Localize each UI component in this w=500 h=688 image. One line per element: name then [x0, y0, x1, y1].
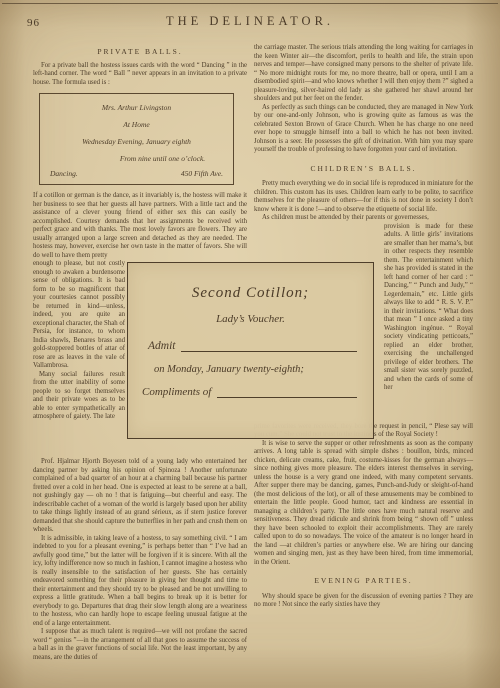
paragraph: the carriage master. The serious trials …: [254, 44, 473, 104]
voucher-compliments-label: Compliments of: [142, 386, 211, 398]
paragraph: As children must be attended by their pa…: [254, 214, 473, 223]
invitation-card: Mrs. Arthur Livingston At Home Wednesday…: [39, 93, 234, 185]
top-rule-divider: [2, 3, 498, 4]
paragraph: For a private ball the hostess issues ca…: [33, 62, 247, 88]
paragraph: I suppose that as much talent is require…: [33, 628, 247, 662]
admit-blank-line: [181, 341, 357, 352]
left-wrap-column: enough to please, but not costly enough …: [33, 260, 125, 458]
voucher-admit-label: Admit: [148, 340, 175, 352]
magazine-page: 96 THE DELINEATOR. PRIVATE BALLS. For a …: [0, 0, 500, 688]
voucher-admit-row: Admit: [148, 340, 357, 352]
invitation-date: Wednesday Evening, January eighth: [50, 137, 223, 146]
paragraph: If a cotillon or german is the dance, as…: [33, 192, 247, 260]
paragraph: Why should space be given for the discus…: [254, 593, 473, 610]
voucher-compliments-row: Compliments of: [142, 386, 357, 398]
invitation-address: 450 Fifth Ave.: [181, 169, 223, 178]
paragraph: It is wise to serve the supper or other …: [254, 440, 473, 568]
voucher-title: Second Cotillon;: [128, 285, 373, 302]
paragraph: Prof. Hjalmar Hjorth Boyesen told of a y…: [33, 458, 247, 535]
paragraph: It is admissible, in taking leave of a h…: [33, 535, 247, 629]
invitation-hostess-name: Mrs. Arthur Livingston: [50, 103, 223, 112]
paragraph: provision is made for these adults. A li…: [384, 223, 473, 393]
right-wrap-column: provision is made for these adults. A li…: [384, 223, 473, 423]
voucher-subtitle: Lady’s Voucher.: [128, 313, 373, 325]
voucher-date-line: on Monday, January twenty-eighth;: [154, 364, 373, 375]
invitation-time: From nine until one o’clock.: [50, 154, 223, 163]
invitation-at-home: At Home: [50, 120, 223, 129]
page-header: 96 THE DELINEATOR.: [0, 14, 500, 29]
invitation-footer-row: Dancing. 450 Fifth Ave.: [50, 169, 223, 178]
invitation-dancing-label: Dancing.: [50, 169, 78, 178]
paragraph: enough to please, but not costly enough …: [33, 260, 125, 371]
paragraph: Pretty much everything we do in social l…: [254, 180, 473, 214]
compliments-blank-line: [217, 387, 357, 398]
page-title: THE DELINEATOR.: [0, 14, 500, 29]
paragraph: As perfectly as such things can be condu…: [254, 104, 473, 155]
section-heading-private-balls: PRIVATE BALLS.: [33, 48, 247, 57]
paragraph: Many social failures result from the utt…: [33, 371, 125, 422]
page-number: 96: [27, 17, 40, 29]
section-heading-evening-parties: EVENING PARTIES.: [254, 577, 473, 586]
voucher-card: Second Cotillon; Lady’s Voucher. Admit o…: [127, 262, 374, 439]
section-heading-childrens-balls: CHILDREN’S BALLS.: [254, 165, 473, 174]
